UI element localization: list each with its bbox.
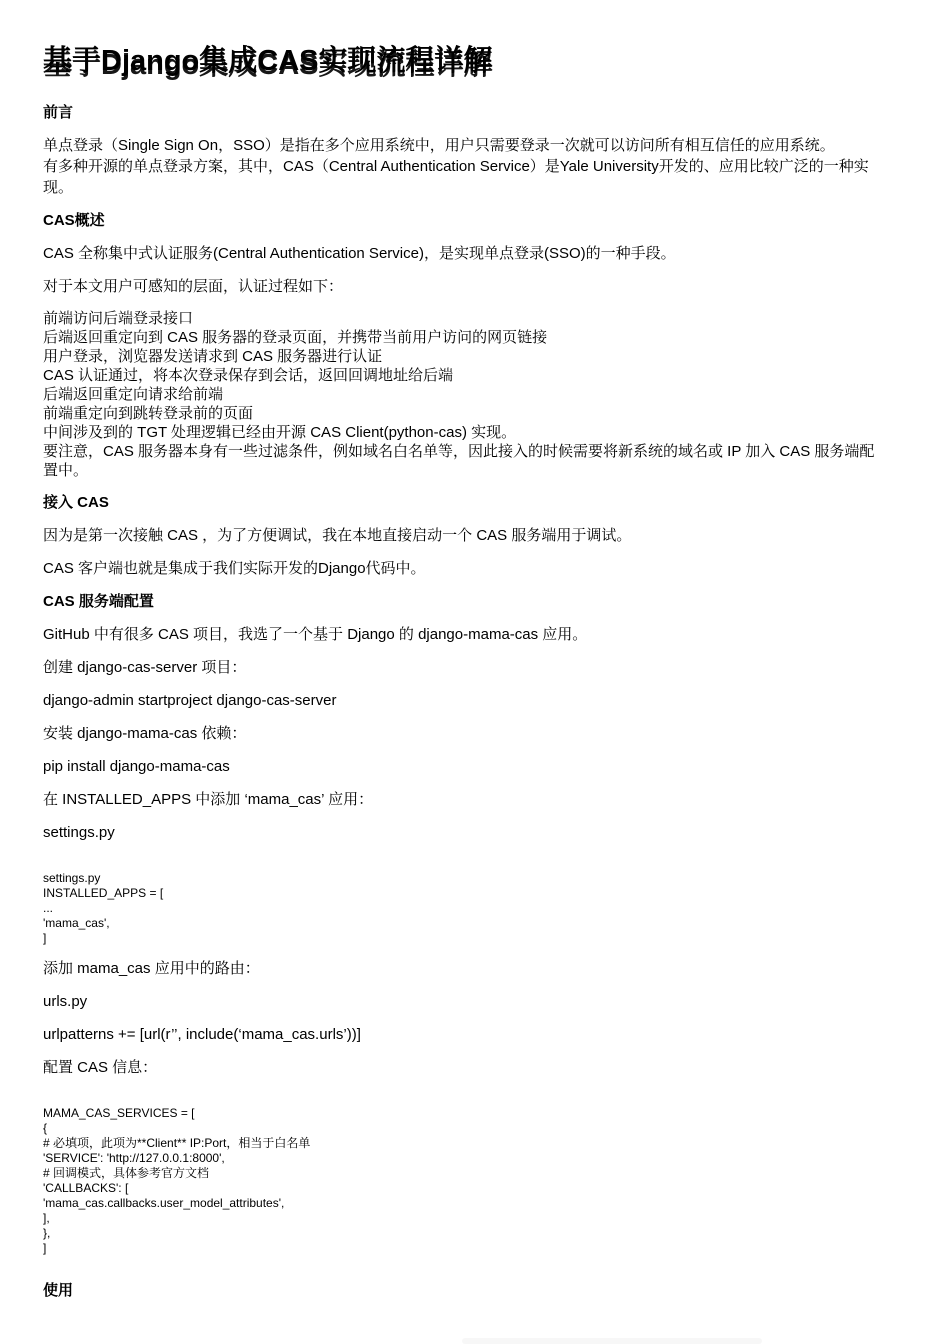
paragraph-urls-file: urls.py (43, 991, 883, 1012)
paragraph-intro: 单点登录（Single Sign On，SSO）是指在多个应用系统中，用户只需要… (43, 135, 883, 198)
code-line-urlpatterns: urlpatterns += [url(r’’, include(‘mama_c… (43, 1024, 883, 1045)
paragraph-config-cas: 配置 CAS 信息： (43, 1057, 883, 1078)
paragraph-client-integrated: CAS 客户端也就是集成于我们实际开发的Django代码中。 (43, 558, 883, 579)
code-block-mama-cas-services: MAMA_CAS_SERVICES = [ { # 必填项，此项为**Clien… (43, 1106, 883, 1256)
command-pip-install: pip install django-mama-cas (43, 756, 883, 777)
heading-usage: 使用 (43, 1280, 883, 1301)
heading-access-cas: 接入 CAS (43, 492, 883, 513)
paragraph-cas-definition: CAS 全称集中式认证服务(Central Authentication Ser… (43, 243, 883, 264)
command-startproject: django-admin startproject django-cas-ser… (43, 690, 883, 711)
heading-cas-overview: CAS概述 (43, 210, 883, 231)
page-title: 基于Django集成CAS实现流程详解 基于Django集成CAS实现流程详解 (43, 44, 883, 78)
article-page: 基于Django集成CAS实现流程详解 基于Django集成CAS实现流程详解 … (0, 0, 950, 1301)
code-block-installed-apps: settings.py INSTALLED_APPS = [ ... 'mama… (43, 871, 883, 946)
paragraph-create-project: 创建 django-cas-server 项目： (43, 657, 883, 678)
paragraph-settings-file: settings.py (43, 822, 883, 843)
paragraph-install-dep: 安装 django-mama-cas 依赖： (43, 723, 883, 744)
heading-cas-server-config: CAS 服务端配置 (43, 591, 883, 612)
paragraph-add-app: 在 INSTALLED_APPS 中添加 ‘mama_cas’ 应用： (43, 789, 883, 810)
heading-preface: 前言 (43, 102, 883, 123)
paragraph-process-intro: 对于本文用户可感知的层面，认证过程如下： (43, 276, 883, 297)
page-title-ghost-layer: 基于Django集成CAS实现流程详解 (43, 48, 493, 82)
paragraph-add-routes: 添加 mama_cas 应用中的路由： (43, 958, 883, 979)
paragraph-github-choice: GitHub 中有很多 CAS 项目，我选了一个基于 Django 的 djan… (43, 624, 883, 645)
paragraph-process-steps: 前端访问后端登录接口 后端返回重定向到 CAS 服务器的登录页面，并携带当前用户… (43, 309, 883, 480)
paragraph-first-contact: 因为是第一次接触 CAS ，为了方便调试，我在本地直接启动一个 CAS 服务端用… (43, 525, 883, 546)
cutoff-bottom-element (462, 1338, 762, 1344)
